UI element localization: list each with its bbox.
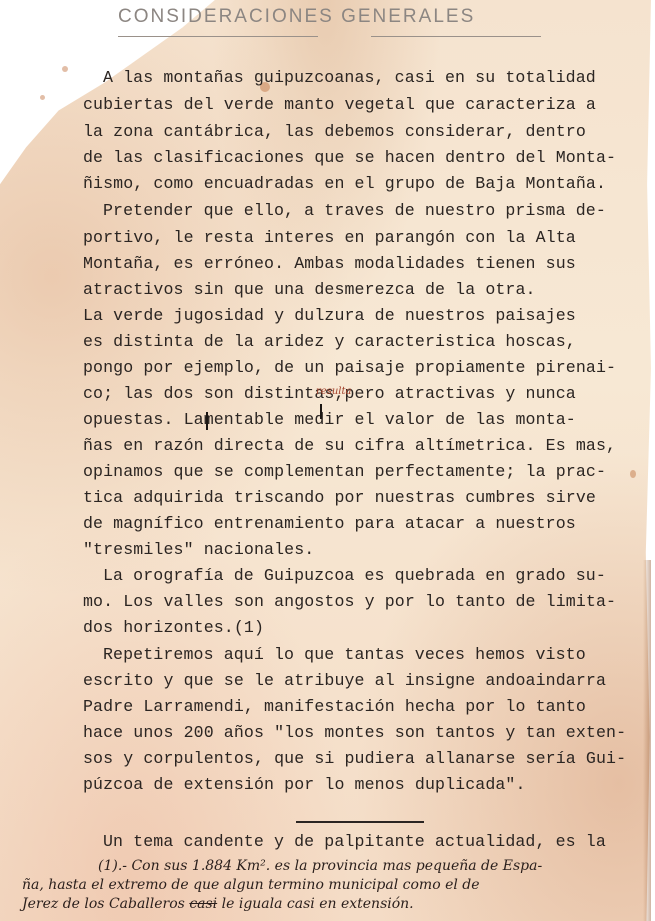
text-line: Padre Larramendi, manifestación hecha po…	[83, 697, 586, 716]
text-line: Repetiremos aquí lo que tantas veces hem…	[103, 645, 586, 664]
text-line: es distinta de la aridez y caracteristic…	[83, 332, 576, 351]
text-line: A las montañas guipuzcoanas, casi en su …	[103, 68, 596, 87]
text-line: sos y corpulentos, que si pudiera allana…	[83, 749, 626, 768]
torn-edge-shadow	[643, 560, 651, 921]
text-line: púzcoa de extensión por lo menos duplica…	[83, 775, 526, 794]
text-line: ñas en razón directa de su cifra altímet…	[83, 436, 616, 455]
text-line: La verde jugosidad y dulzura de nuestros…	[83, 306, 576, 325]
correction-mark	[206, 412, 208, 430]
text-line: opuestas. Lamentable medir el valor de l…	[83, 410, 576, 429]
text-line: dos horizontes.(1)	[83, 618, 264, 637]
text-line: Un tema candente y de palpitante actuali…	[103, 832, 606, 851]
heading-text: CONSIDERACIONES GENERALES	[118, 6, 475, 27]
footnote-line: ña, hasta el extremo de que algun termin…	[22, 877, 480, 893]
heading-underline	[118, 36, 318, 37]
text-line: Montaña, es erróneo. Ambas modalidades t…	[83, 254, 576, 273]
section-divider	[296, 821, 424, 823]
struck-word: casi	[189, 896, 217, 912]
text-line: cubiertas del verde manto vegetal que ca…	[83, 95, 596, 114]
text-line: pongo por ejemplo, de un paisaje propiam…	[83, 358, 616, 377]
text-line: "tresmiles" nacionales.	[83, 540, 314, 559]
text-line: de las clasificaciones que se hacen dent…	[83, 148, 616, 167]
insertion-caret	[320, 404, 322, 419]
text-line: mo. Los valles son angostos y por lo tan…	[83, 592, 616, 611]
text-line: tica adquirida triscando por nuestras cu…	[83, 488, 596, 507]
text-line: La orografía de Guipuzcoa es quebrada en…	[103, 566, 606, 585]
text-line: hace unos 200 años "los montes son tanto…	[83, 723, 626, 742]
text-line: portivo, le resta interes en parangón co…	[83, 228, 576, 247]
text-line: opinamos que se complementan perfectamen…	[83, 462, 606, 481]
footnote-line: (1).- Con sus 1.884 Km². es la provincia…	[98, 858, 542, 874]
text-line: ñismo, como encuadradas en el grupo de B…	[83, 174, 606, 193]
footnote-line: Jerez de los Caballeros casi le iguala c…	[22, 896, 414, 912]
text-line: la zona cantábrica, las debemos consider…	[83, 122, 586, 141]
page-heading: CONSIDERACIONES GENERALES	[118, 6, 475, 28]
text-line: escrito y que se le atribuye al insigne …	[83, 671, 606, 690]
text-line: Pretender que ello, a traves de nuestro …	[103, 201, 606, 220]
rust-stain	[40, 95, 45, 100]
heading-underline	[371, 36, 541, 37]
handwritten-insertion: resulta	[316, 386, 351, 397]
rust-stain	[630, 470, 636, 478]
rust-stain	[62, 66, 68, 72]
text-line: atractivos sin que una desmerezca de la …	[83, 280, 536, 299]
text-line: de magnífico entrenamiento para atacar a…	[83, 514, 576, 533]
